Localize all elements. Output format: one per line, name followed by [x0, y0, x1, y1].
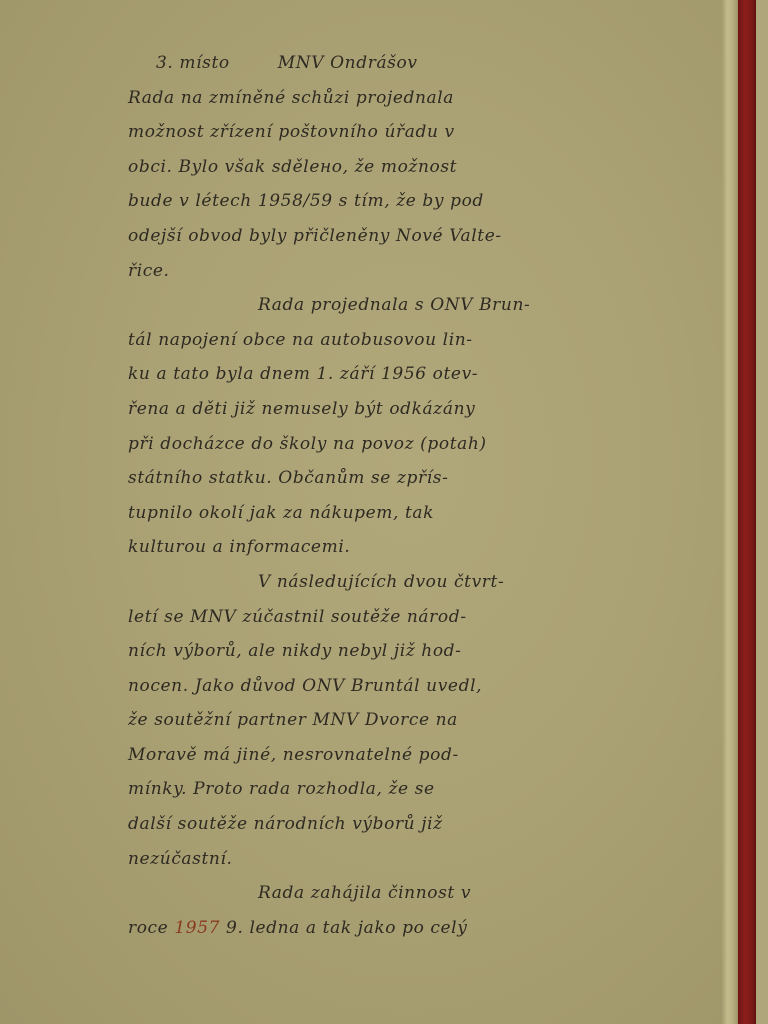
book-cover-red-edge [738, 0, 756, 1024]
heading-institution: MNV Ondrášov [278, 53, 418, 73]
text-line: státního statku. Občanům se zpřís- [128, 461, 598, 496]
paragraph-competition: V následujících dvou čtvrt- letí se MNV … [128, 565, 598, 876]
paragraph-post-office: Rada na zmíněné schůzi projednala možnos… [128, 81, 598, 289]
text-line: další soutěže národních výborů již [128, 807, 598, 842]
page-edge [722, 0, 738, 1024]
text-line: že soutěžní partner MNV Dvorce na [128, 703, 598, 738]
section-heading: 3. místoMNV Ondrášov [128, 46, 598, 81]
text-line: Rada zahájila činnost v [128, 876, 598, 911]
text-line: tál napojení obce na autobusovou lin- [128, 323, 598, 358]
text-line: ku a tato byla dnem 1. září 1956 otev- [128, 357, 598, 392]
paragraph-council-start: Rada zahájila činnost v roce 1957 9. led… [128, 876, 598, 945]
text-line: možnost zřízení poštovního úřadu v [128, 115, 598, 150]
text-fragment: roce [128, 918, 174, 938]
text-line: V následujících dvou čtvrt- [128, 565, 598, 600]
text-line: nocen. Jako důvod ONV Bruntál uvedl, [128, 669, 598, 704]
year-red-ink: 1957 [174, 918, 220, 938]
photographed-document-scene: 3. místoMNV Ondrášov Rada na zmíněné sch… [0, 0, 768, 1024]
text-line: odejší obvod byly přičleněny Nové Valte- [128, 219, 598, 254]
text-fragment: 9. ledna a tak jako po celý [220, 918, 467, 938]
text-line: mínky. Proto rada rozhodla, že se [128, 772, 598, 807]
background-surface [756, 0, 768, 1024]
text-line: letí se MNV zúčastnil soutěže národ- [128, 600, 598, 635]
paragraph-bus-line: Rada projednala s ONV Brun- tál napojení… [128, 288, 598, 565]
text-line: nezúčastní. [128, 842, 598, 877]
text-line: tupnilo okolí jak za nákupem, tak [128, 496, 598, 531]
text-line: Moravě má jiné, nesrovnatelné pod- [128, 738, 598, 773]
text-line: při docházce do školy na povoz (potah) [128, 427, 598, 462]
text-line: řice. [128, 254, 598, 289]
text-line: kulturou a informacemi. [128, 530, 598, 565]
text-line: bude v létech 1958/59 s tím, že by pod [128, 184, 598, 219]
heading-number: 3. místo [156, 53, 230, 73]
chronicle-page: 3. místoMNV Ondrášov Rada na zmíněné sch… [0, 0, 738, 1024]
text-line: řena a děti již nemusely být odkázány [128, 392, 598, 427]
text-line: roce 1957 9. ledna a tak jako po celý [128, 911, 598, 946]
text-line: Rada projednala s ONV Brun- [128, 288, 598, 323]
handwritten-text: 3. místoMNV Ondrášov Rada na zmíněné sch… [128, 46, 598, 945]
text-line: ních výborů, ale nikdy nebyl již hod- [128, 634, 598, 669]
text-line: Rada na zmíněné schůzi projednala [128, 81, 598, 116]
text-line: obci. Bylo však sdělено, že možnost [128, 150, 598, 185]
